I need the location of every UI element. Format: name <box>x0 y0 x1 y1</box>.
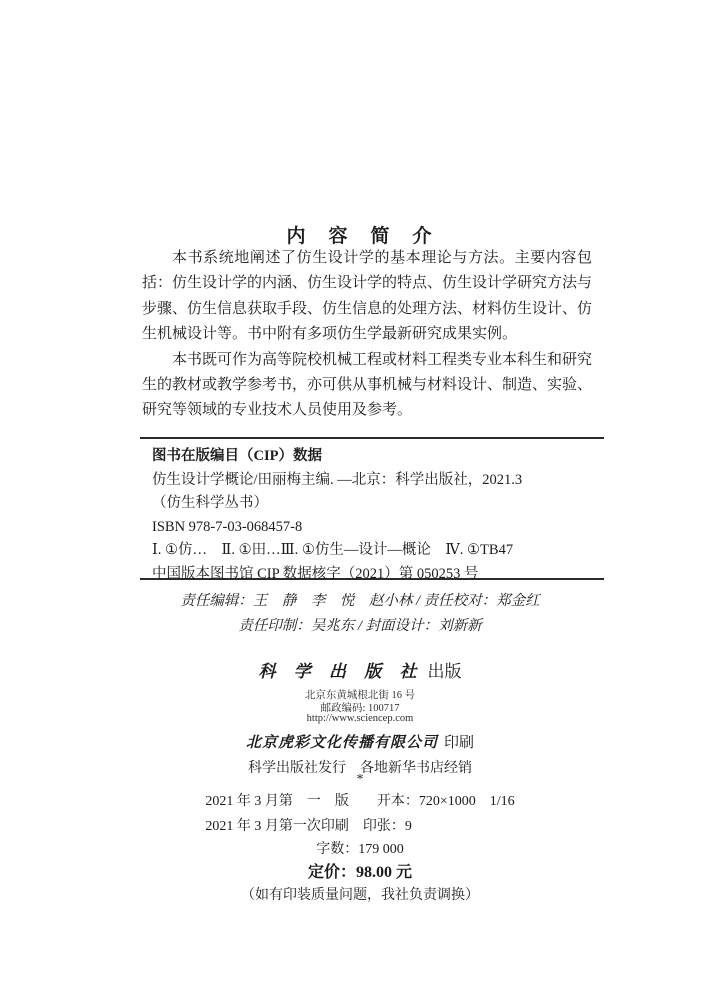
cip-classification: Ⅰ. ①仿… Ⅱ. ①田…Ⅲ. ①仿生—设计—概论 Ⅳ. ①TB47 <box>152 539 604 563</box>
cip-data-box: 图书在版编目（CIP）数据 仿生设计学概论/田丽梅主编. —北京：科学出版社，2… <box>140 437 604 580</box>
cip-series: （仿生科学丛书） <box>152 492 604 516</box>
price-line: 定价：98.00 元 <box>0 859 720 882</box>
publisher-logo-line: 科 学 出 版 社出版 <box>0 657 720 682</box>
cip-record-number: 中国版本图书馆 CIP 数据核字（2021）第 050253 号 <box>152 563 604 587</box>
page-title: 内 容 简 介 <box>0 221 720 248</box>
intro-section: 本书系统地阐述了仿生设计学的基本理论与方法。主要内容包括：仿生设计学的内涵、仿生… <box>142 246 592 424</box>
cip-heading: 图书在版编目（CIP）数据 <box>152 445 604 469</box>
word-count-line: 字数：179 000 <box>0 838 720 858</box>
book-copyright-page: { "page": { "title": "内 容 简 介", "intro":… <box>0 0 720 1000</box>
edition-printing-block: 2021 年 3 月第 一 版 开本：720×1000 1/16 2021 年 … <box>0 790 720 839</box>
credits-editors-line: 责任编辑：王 静 李 悦 赵小林 / 责任校对：郑金红 <box>0 589 720 614</box>
publisher-website: http://www.sciencep.com <box>0 713 720 724</box>
edition-line: 2021 年 3 月第 一 版 开本：720×1000 1/16 <box>205 790 514 815</box>
quality-note-line: （如有印装质量问题，我社负责调换） <box>0 884 720 904</box>
publisher-suffix: 出版 <box>428 662 462 681</box>
printer-suffix: 印刷 <box>444 735 474 751</box>
intro-paragraph-2: 本书既可作为高等院校机械工程或材料工程类专业本科生和研究生的教材或教学参考书，亦… <box>142 348 592 424</box>
intro-paragraph-1: 本书系统地阐述了仿生设计学的基本理论与方法。主要内容包括：仿生设计学的内涵、仿生… <box>142 246 592 348</box>
divider-asterisk: * <box>0 772 720 788</box>
printer-company-name: 北京虎彩文化传播有限公司 <box>246 735 438 751</box>
printer-line: 北京虎彩文化传播有限公司印刷 <box>0 731 720 752</box>
credits-print-design-line: 责任印制：吴兆东 / 封面设计：刘新新 <box>0 614 720 639</box>
cip-isbn: ISBN 978-7-03-068457-8 <box>152 516 604 540</box>
printing-line: 2021 年 3 月第一次印刷 印张：9 <box>205 815 514 840</box>
publisher-script-logo: 科 学 出 版 社 <box>259 662 424 681</box>
cip-entry: 仿生设计学概论/田丽梅主编. —北京：科学出版社，2021.3 <box>152 469 604 493</box>
staff-credits: 责任编辑：王 静 李 悦 赵小林 / 责任校对：郑金红 责任印制：吴兆东 / 封… <box>0 589 720 638</box>
